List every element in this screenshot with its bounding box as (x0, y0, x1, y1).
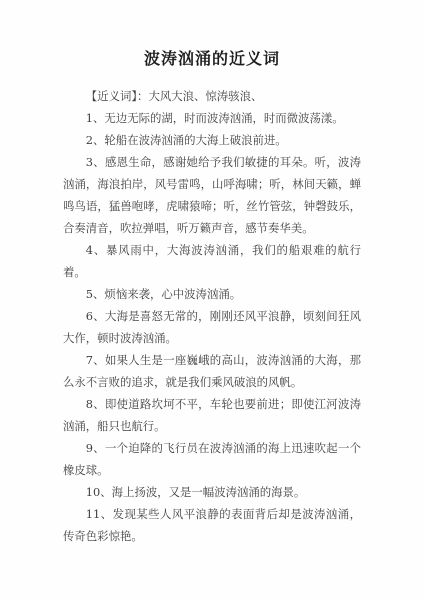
example-sentence-5: 5、烦恼来袭，心中波涛汹涌。 (63, 283, 361, 305)
example-sentence-1: 1、无边无际的湖，时而波涛汹涌，时而微波荡漾。 (63, 107, 361, 129)
example-sentence-4: 4、暴风雨中，大海波涛汹涌，我们的船艰难的航行着。 (63, 239, 361, 283)
document-body: 【近义词】：大风大浪、惊涛骇浪、 1、无边无际的湖，时而波涛汹涌，时而微波荡漾。… (63, 85, 361, 547)
document-page: 波涛汹涌的近义词 【近义词】：大风大浪、惊涛骇浪、 1、无边无际的湖，时而波涛汹… (0, 0, 424, 600)
synonyms-intro-line: 【近义词】：大风大浪、惊涛骇浪、 (63, 85, 361, 107)
example-sentence-6: 6、大海是喜怒无常的，刚刚还风平浪静，顷刻间狂风大作，顿时波涛汹涌。 (63, 305, 361, 349)
example-sentence-10: 10、海上扬波，又是一幅波涛汹涌的海景。 (63, 481, 361, 503)
example-sentence-3: 3、感恩生命，感谢她给予我们敏捷的耳朵。听，波涛汹涌，海浪拍岸，风号雷鸣，山呼海… (63, 151, 361, 239)
example-sentence-2: 2、轮船在波涛汹涌的大海上破浪前进。 (63, 129, 361, 151)
example-sentence-8: 8、即使道路坎坷不平，车轮也要前进；即使江河波涛汹涌，船只也航行。 (63, 393, 361, 437)
page-title: 波涛汹涌的近义词 (0, 50, 424, 70)
example-sentence-7: 7、如果人生是一座巍峨的高山，波涛汹涌的大海，那么永不言败的追求，就是我们乘风破… (63, 349, 361, 393)
example-sentence-9: 9、一个迫降的飞行员在波涛汹涌的海上迅速吹起一个橡皮球。 (63, 437, 361, 481)
example-sentence-11: 11、发现某些人风平浪静的表面背后却是波涛汹涌，传奇色彩惊艳。 (63, 503, 361, 547)
